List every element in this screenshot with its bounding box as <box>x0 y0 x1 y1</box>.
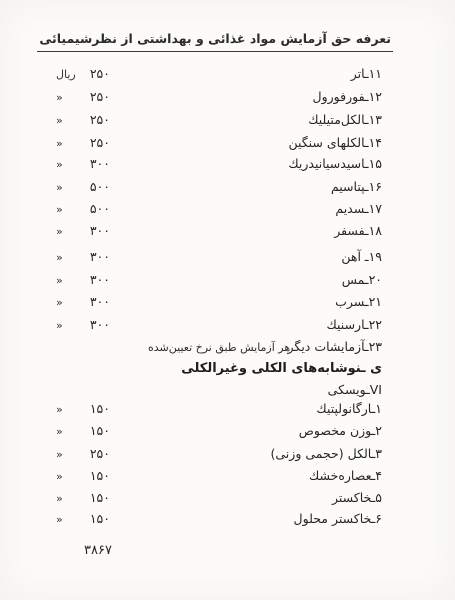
tariff-row: « ۲۵۰ ۱۴ـالكلهای سنگين <box>0 134 455 156</box>
ditto-mark: « <box>56 251 63 264</box>
item-label: ۳ـالكل (حجمی وزنی) <box>271 446 382 461</box>
item-label: ۲۱ـسرب <box>335 294 382 309</box>
item-label: ۱۵ـاسيدسيانيدريك <box>288 156 382 171</box>
tariff-row: « ۱۵۰ ۲ـوزن مخصوص <box>0 422 455 444</box>
price-value: ۱۵۰ <box>90 490 110 505</box>
ditto-mark: « <box>56 225 63 238</box>
price: « ۳۰۰ <box>56 249 110 264</box>
price: « ۲۵۰ <box>56 89 110 104</box>
item-label: ۱ـارگانولپتيك <box>316 401 382 416</box>
price: « ۳۰۰ <box>56 223 110 238</box>
item-label: ۶ـخاكستر محلول <box>294 511 382 526</box>
item-note: هر آزمايش طبق نرخ تعيين‌شده <box>148 341 290 354</box>
item-label: ۲ـوزن مخصوص <box>299 423 382 438</box>
ditto-mark: « <box>56 403 63 416</box>
ditto-mark: « <box>56 274 63 287</box>
tariff-row: « ۳۰۰ ۲۱ـسرب <box>0 293 455 315</box>
price: « ۳۰۰ <box>56 156 110 171</box>
price-value: ۱۵۰ <box>90 401 110 416</box>
item-label: ۲۲ـارسنيك <box>327 317 383 332</box>
price-value: ۱۵۰ <box>90 423 110 438</box>
tariff-row: « ۳۰۰ ۲۰ـمس <box>0 271 455 293</box>
price-value: ۲۵۰ <box>90 446 110 461</box>
item-label: ۴ـعصاره‌خشك <box>309 468 382 483</box>
item-label: ۱۷ـسديم <box>335 201 382 216</box>
ditto-mark: « <box>56 470 63 483</box>
tariff-list: ريال ۲۵۰ ۱۱ـاتر « ۲۵۰ ۱۲ـفورفورول « ۲۵۰ … <box>0 0 455 600</box>
section-label: ی ـنوشابه‌های الكلی وغيرالكلی <box>181 361 382 376</box>
tariff-row: « ۳۰۰ ۱۸ـفسفر <box>0 222 455 244</box>
price-value: ۵۰۰ <box>90 201 110 216</box>
price: « ۵۰۰ <box>56 179 110 194</box>
ditto-mark: « <box>56 425 63 438</box>
item-label: ۱۳ـالكل‌متيليك <box>308 112 382 127</box>
ditto-mark: « <box>56 181 63 194</box>
tariff-row: « ۱۵۰ ۴ـعصاره‌خشك <box>0 467 455 489</box>
price: « ۱۵۰ <box>56 423 110 438</box>
price: « ۳۰۰ <box>56 272 110 287</box>
price: « ۱۵۰ <box>56 490 110 505</box>
tariff-row: « ۲۵۰ ۳ـالكل (حجمی وزنی) <box>0 445 455 467</box>
price: « ۳۰۰ <box>56 294 110 309</box>
ditto-mark: « <box>56 319 63 332</box>
item-label: ۱۴ـالكلهای سنگين <box>288 135 382 150</box>
price-value: ۳۰۰ <box>90 223 110 238</box>
tariff-row: « ۲۵۰ ۱۳ـالكل‌متيليك <box>0 111 455 133</box>
price-value: ۲۵۰ <box>90 89 110 104</box>
price-value: ۱۵۰ <box>90 511 110 526</box>
section-header-row: ی ـنوشابه‌های الكلی وغيرالكلی <box>0 360 455 382</box>
ditto-mark: « <box>56 158 63 171</box>
ditto-mark: « <box>56 448 63 461</box>
price-value: ۳۰۰ <box>90 249 110 264</box>
price-value: ۱۵۰ <box>90 468 110 483</box>
item-label: ۱۱ـاتر <box>351 66 382 81</box>
item-label: ۲۳ـآزمايشات ديگر <box>288 339 382 354</box>
tariff-row: « ۵۰۰ ۱۶ـپتاسيم <box>0 178 455 200</box>
price-value: ۲۵۰ <box>90 66 110 81</box>
ditto-mark: « <box>56 513 63 526</box>
tariff-row: « ۳۰۰ ۲۲ـارسنيك <box>0 316 455 338</box>
price: « ۲۵۰ <box>56 446 110 461</box>
ditto-mark: « <box>56 203 63 216</box>
tariff-row: « ۲۵۰ ۱۲ـفورفورول <box>0 88 455 110</box>
tariff-row: « ۱۵۰ ۵ـخاكستر <box>0 489 455 511</box>
ditto-mark: « <box>56 137 63 150</box>
price-value: ۳۰۰ <box>90 317 110 332</box>
price: « ۱۵۰ <box>56 468 110 483</box>
price: « ۱۵۰ <box>56 401 110 416</box>
tariff-row: « ۱۵۰ ۶ـخاكستر محلول <box>0 510 455 532</box>
price-value: ۳۰۰ <box>90 272 110 287</box>
ditto-mark: « <box>56 114 63 127</box>
ditto-mark: « <box>56 492 63 505</box>
ditto-mark: « <box>56 91 63 104</box>
price: « ۱۵۰ <box>56 511 110 526</box>
item-label: ۱۸ـفسفر <box>334 223 382 238</box>
price-value: ۲۵۰ <box>90 135 110 150</box>
item-label: ۱۲ـفورفورول <box>312 89 382 104</box>
item-label: ۱۶ـپتاسيم <box>331 179 382 194</box>
tariff-row: هر آزمايش طبق نرخ تعيين‌شده ۲۳ـآزمايشات … <box>0 338 455 360</box>
tariff-row: « ۵۰۰ ۱۷ـسديم <box>0 200 455 222</box>
price-value: ۲۵۰ <box>90 112 110 127</box>
item-label: ۱۹ـ آهن <box>341 249 382 264</box>
tariff-row: ريال ۲۵۰ ۱۱ـاتر <box>0 65 455 87</box>
price-value: ۵۰۰ <box>90 179 110 194</box>
item-label: ۲۰ـمس <box>342 272 382 287</box>
page-number: ۳۸۶۷ <box>84 543 112 558</box>
price: ريال ۲۵۰ <box>56 66 110 81</box>
price: « ۳۰۰ <box>56 317 110 332</box>
document-page: تعرفه حق آزمايش مواد غذائی و بهداشتی از … <box>0 0 455 600</box>
item-label: ۵ـخاكستر <box>332 490 382 505</box>
price-value: ۳۰۰ <box>90 294 110 309</box>
price: « ۵۰۰ <box>56 201 110 216</box>
price: « ۲۵۰ <box>56 112 110 127</box>
tariff-row: « ۳۰۰ ۱۵ـاسيدسيانيدريك <box>0 155 455 177</box>
currency-unit: ريال <box>56 68 76 81</box>
subsection-label: VIـويسكی <box>328 382 382 397</box>
price-value: ۳۰۰ <box>90 156 110 171</box>
ditto-mark: « <box>56 296 63 309</box>
tariff-row: « ۳۰۰ ۱۹ـ آهن <box>0 248 455 270</box>
tariff-row: « ۱۵۰ ۱ـارگانولپتيك <box>0 400 455 422</box>
price: « ۲۵۰ <box>56 135 110 150</box>
